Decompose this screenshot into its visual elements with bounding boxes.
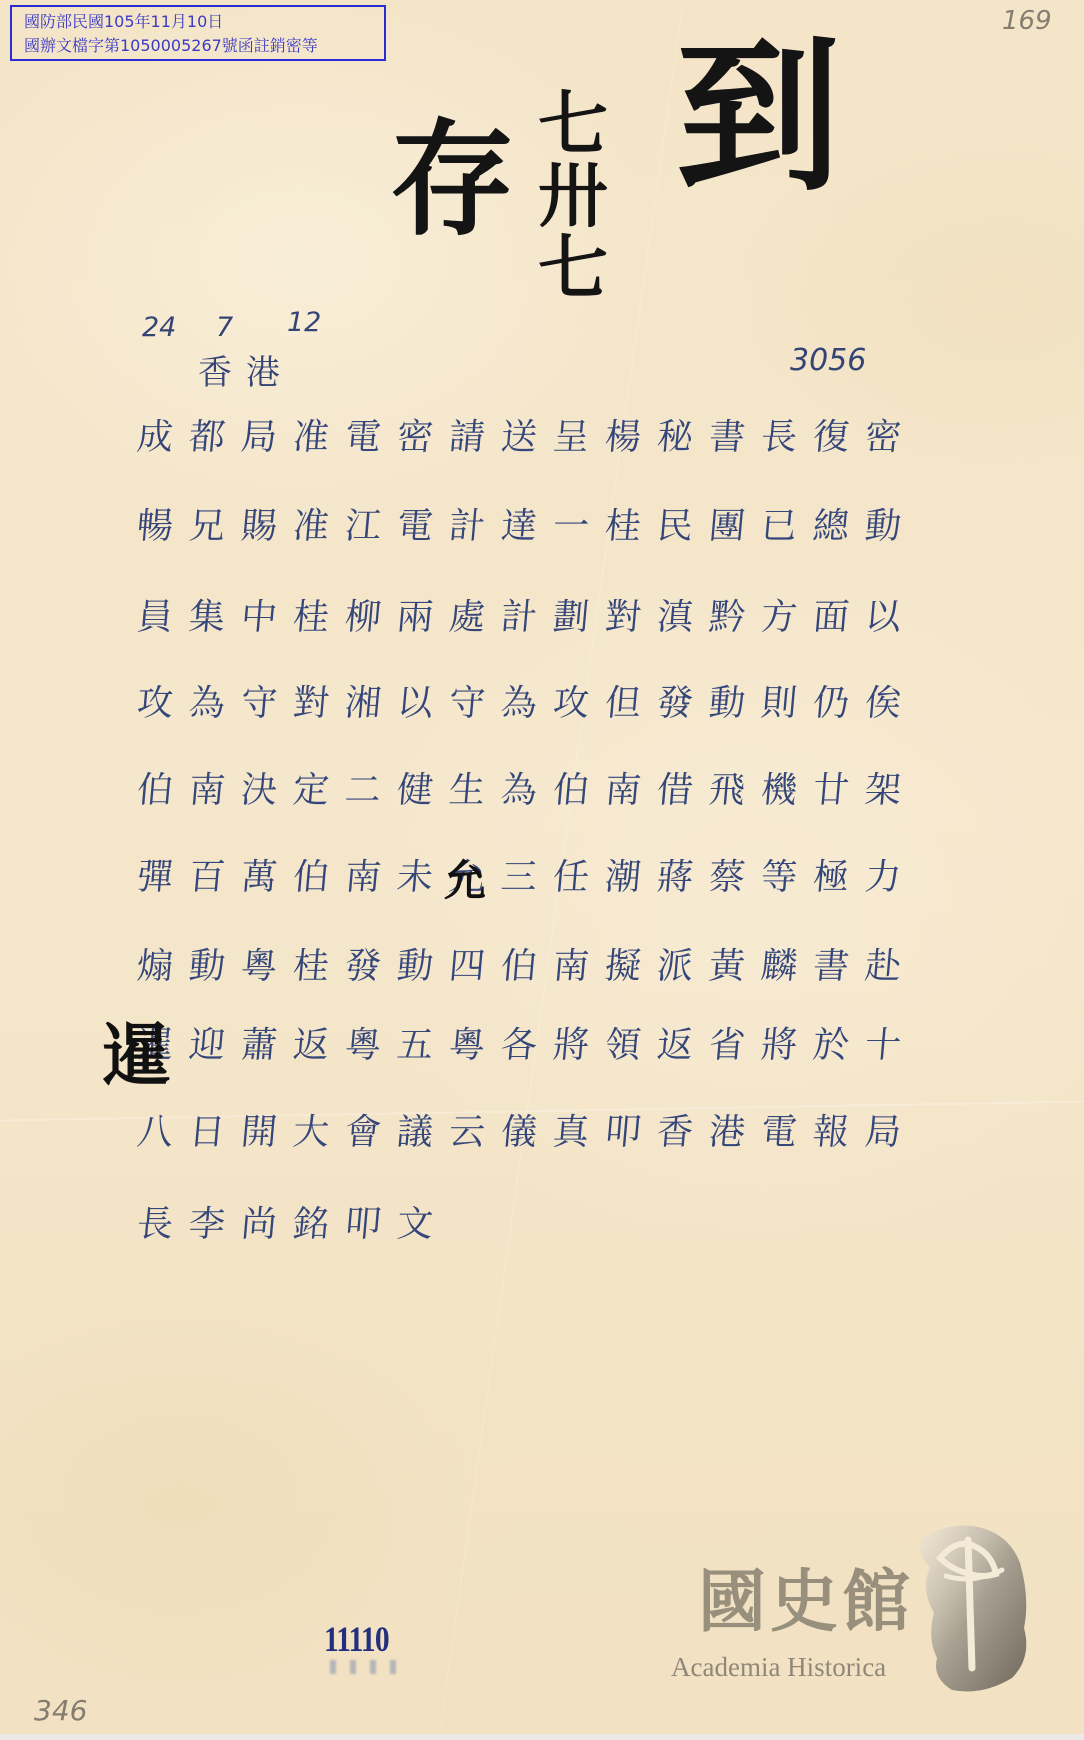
body-line-8: 暹迎蕭返粵五粵各將領返省將於十 bbox=[135, 1024, 919, 1068]
declassification-line-2: 國辦文檔字第1050005267號函註銷密等 bbox=[24, 34, 384, 58]
body-line-10: 長李尚銘叩文 bbox=[135, 1203, 451, 1247]
declassification-line-1: 國防部民國105年11月10日 bbox=[24, 10, 384, 34]
file-mark: 存 bbox=[390, 118, 515, 243]
brush-date-char: 卅 bbox=[538, 160, 608, 232]
body-line-7: 煽動粵桂發動四伯南擬派黃麟書赴 bbox=[135, 945, 919, 989]
body-line-1: 成都局准電密請送呈楊秘書長復密 bbox=[135, 416, 919, 460]
origin-location: 香港 bbox=[198, 345, 294, 394]
archive-number-stamp: 11110 bbox=[324, 1618, 389, 1660]
document-page: 國防部民國105年11月10日 國辦文檔字第1050005267號函註銷密等 1… bbox=[0, 0, 1084, 1740]
received-mark: 到 bbox=[676, 34, 841, 199]
declassification-stamp: 國防部民國105年11月10日 國辦文檔字第1050005267號函註銷密等 bbox=[10, 5, 386, 61]
body-line-2: 暢兄賜准江電計達一桂民團已總動 bbox=[135, 505, 919, 549]
body-line-4: 攻為守對湘以守為攻但發動則仍俟 bbox=[135, 682, 919, 726]
date-month: 7 bbox=[216, 312, 233, 343]
body-line-6: 彈百萬伯南未允三任潮蔣蔡等極力 bbox=[135, 856, 919, 900]
brush-date-mark: 七 卅 七 bbox=[538, 88, 608, 304]
folio-number-top: 169 bbox=[1002, 6, 1052, 36]
body-line-9: 八日開大會議云儀真叩香港電報局 bbox=[135, 1111, 919, 1155]
watermark-chinese: 國史館 bbox=[698, 1568, 914, 1636]
date-day: 12 bbox=[287, 307, 321, 338]
folio-number-bottom: 346 bbox=[34, 1694, 87, 1727]
body-line-5: 伯南決定二健生為伯南借飛機廿架 bbox=[135, 769, 919, 813]
brush-date-char: 七 bbox=[538, 232, 608, 304]
serial-number: 3056 bbox=[790, 343, 866, 378]
watermark-english: Academia Historica bbox=[671, 1652, 886, 1683]
date-year: 24 bbox=[142, 312, 176, 343]
body-line-3: 員集中桂柳兩處計劃對滇黔方面以 bbox=[135, 596, 919, 640]
ink-correction-yun: 允 bbox=[444, 860, 486, 902]
academia-historica-logo-icon bbox=[912, 1518, 1037, 1698]
ink-correction-xian: 暹 bbox=[102, 1022, 170, 1090]
scan-edge bbox=[0, 1734, 1084, 1740]
stamp-smudge bbox=[330, 1660, 410, 1674]
brush-date-char: 七 bbox=[538, 88, 608, 160]
